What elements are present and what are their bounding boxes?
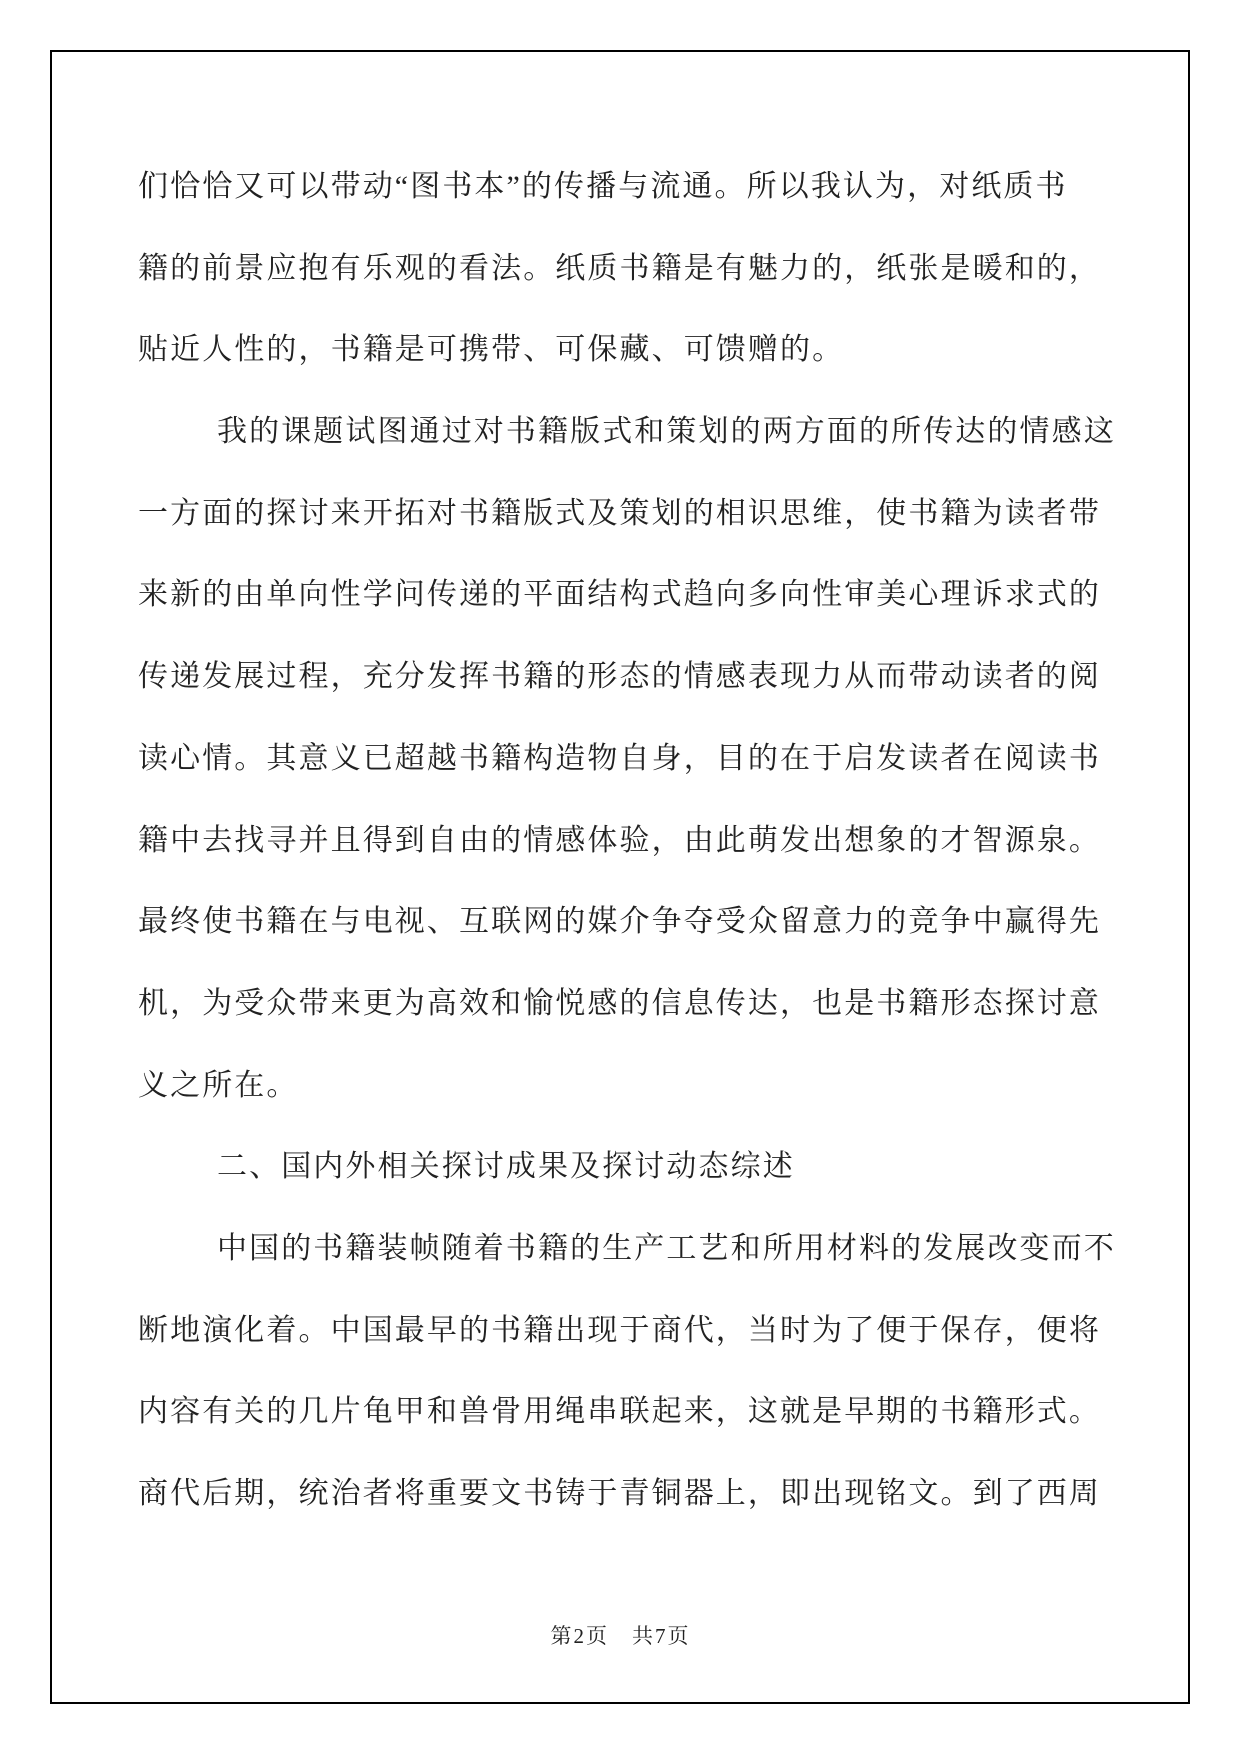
text-line: 断地演化着。中国最早的书籍出现于商代，当时为了便于保存，便将 — [138, 1290, 1103, 1372]
text-line: 贴近人性的，书籍是可携带、可保藏、可馈赠的。 — [138, 309, 1103, 391]
text-line: 籍中去找寻并且得到自由的情感体验，由此萌发出想象的才智源泉。 — [138, 800, 1103, 882]
text-line: 读心情。其意义已超越书籍构造物自身，目的在于启发读者在阅读书 — [138, 718, 1103, 800]
text-line: 一方面的探讨来开拓对书籍版式及策划的相识思维，使书籍为读者带 — [138, 473, 1103, 555]
text-line: 内容有关的几片龟甲和兽骨用绳串联起来，这就是早期的书籍形式。 — [138, 1371, 1103, 1453]
text-line: 机，为受众带来更为高效和愉悦感的信息传达，也是书籍形态探讨意 — [138, 963, 1103, 1045]
document-body: 们恰恰又可以带动“图书本”的传播与流通。所以我认为，对纸质书 籍的前景应抱有乐观… — [138, 146, 1103, 1535]
text-line: 籍的前景应抱有乐观的看法。纸质书籍是有魅力的，纸张是暖和的， — [138, 228, 1103, 310]
section-heading: 二、国内外相关探讨成果及探讨动态综述 — [138, 1126, 1103, 1208]
document-page: 们恰恰又可以带动“图书本”的传播与流通。所以我认为，对纸质书 籍的前景应抱有乐观… — [0, 0, 1241, 1754]
text-line: 中国的书籍装帧随着书籍的生产工艺和所用材料的发展改变而不 — [138, 1208, 1103, 1290]
text-line: 们恰恰又可以带动“图书本”的传播与流通。所以我认为，对纸质书 — [138, 146, 1103, 228]
page-number-footer: 第2页 共7页 — [0, 1612, 1241, 1660]
text-line: 最终使书籍在与电视、互联网的媒介争夺受众留意力的竞争中赢得先 — [138, 881, 1103, 963]
text-line: 义之所在。 — [138, 1045, 1103, 1127]
text-line: 传递发展过程，充分发挥书籍的形态的情感表现力从而带动读者的阅 — [138, 636, 1103, 718]
text-line: 商代后期，统治者将重要文书铸于青铜器上，即出现铭文。到了西周 — [138, 1453, 1103, 1535]
text-line: 我的课题试图通过对书籍版式和策划的两方面的所传达的情感这 — [138, 391, 1103, 473]
text-line: 来新的由单向性学问传递的平面结构式趋向多向性审美心理诉求式的 — [138, 554, 1103, 636]
